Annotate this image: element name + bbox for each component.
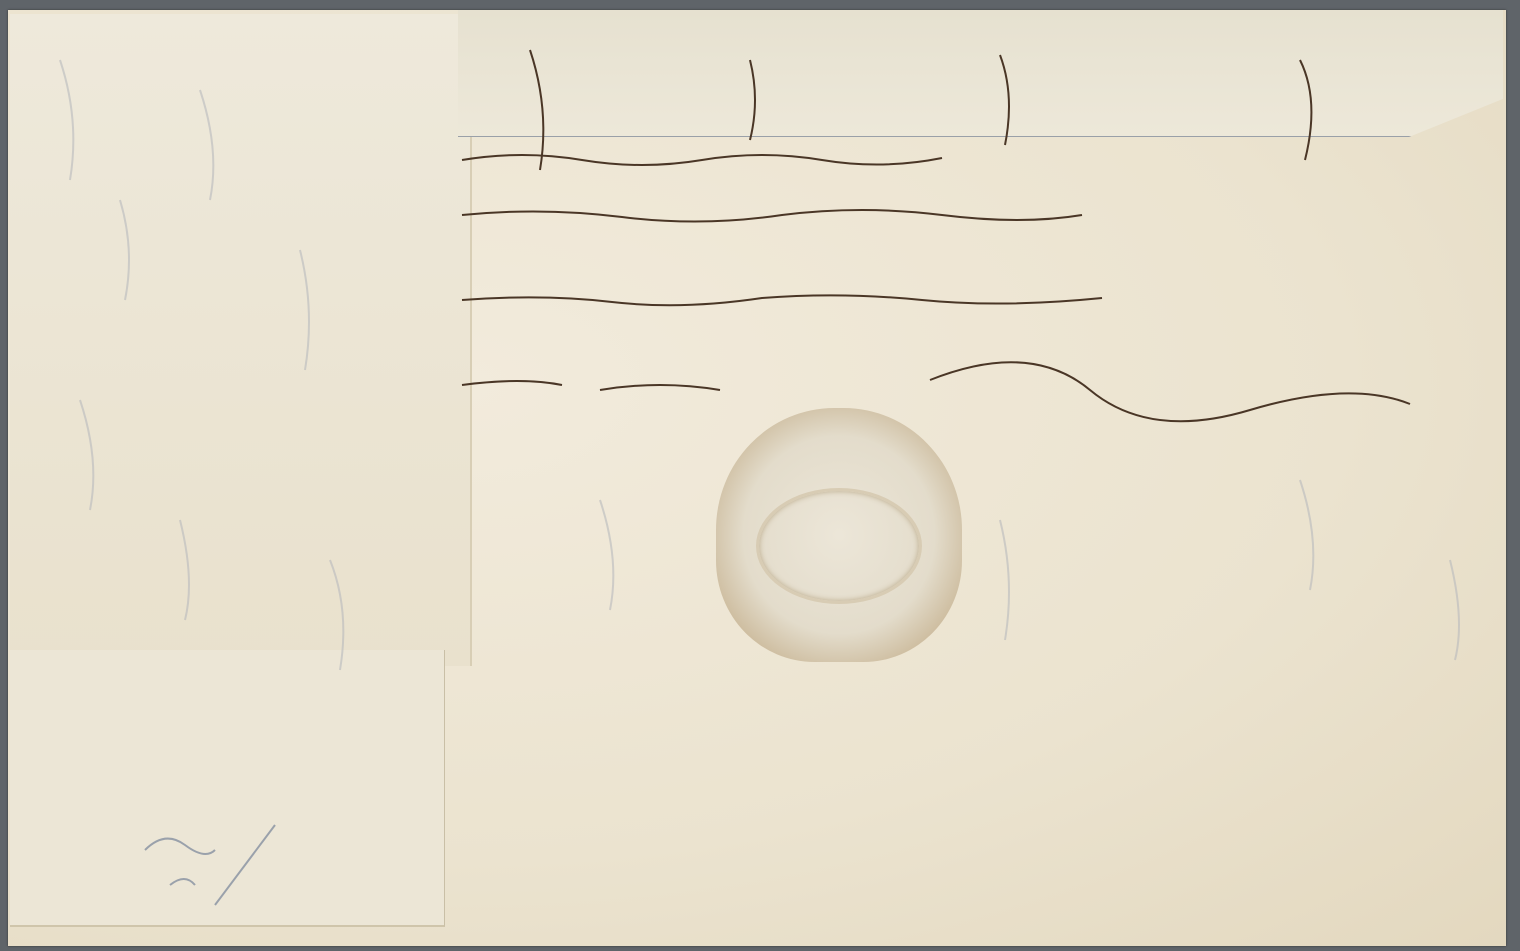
seal-monogram (756, 488, 922, 604)
embossed-seal (716, 408, 962, 662)
